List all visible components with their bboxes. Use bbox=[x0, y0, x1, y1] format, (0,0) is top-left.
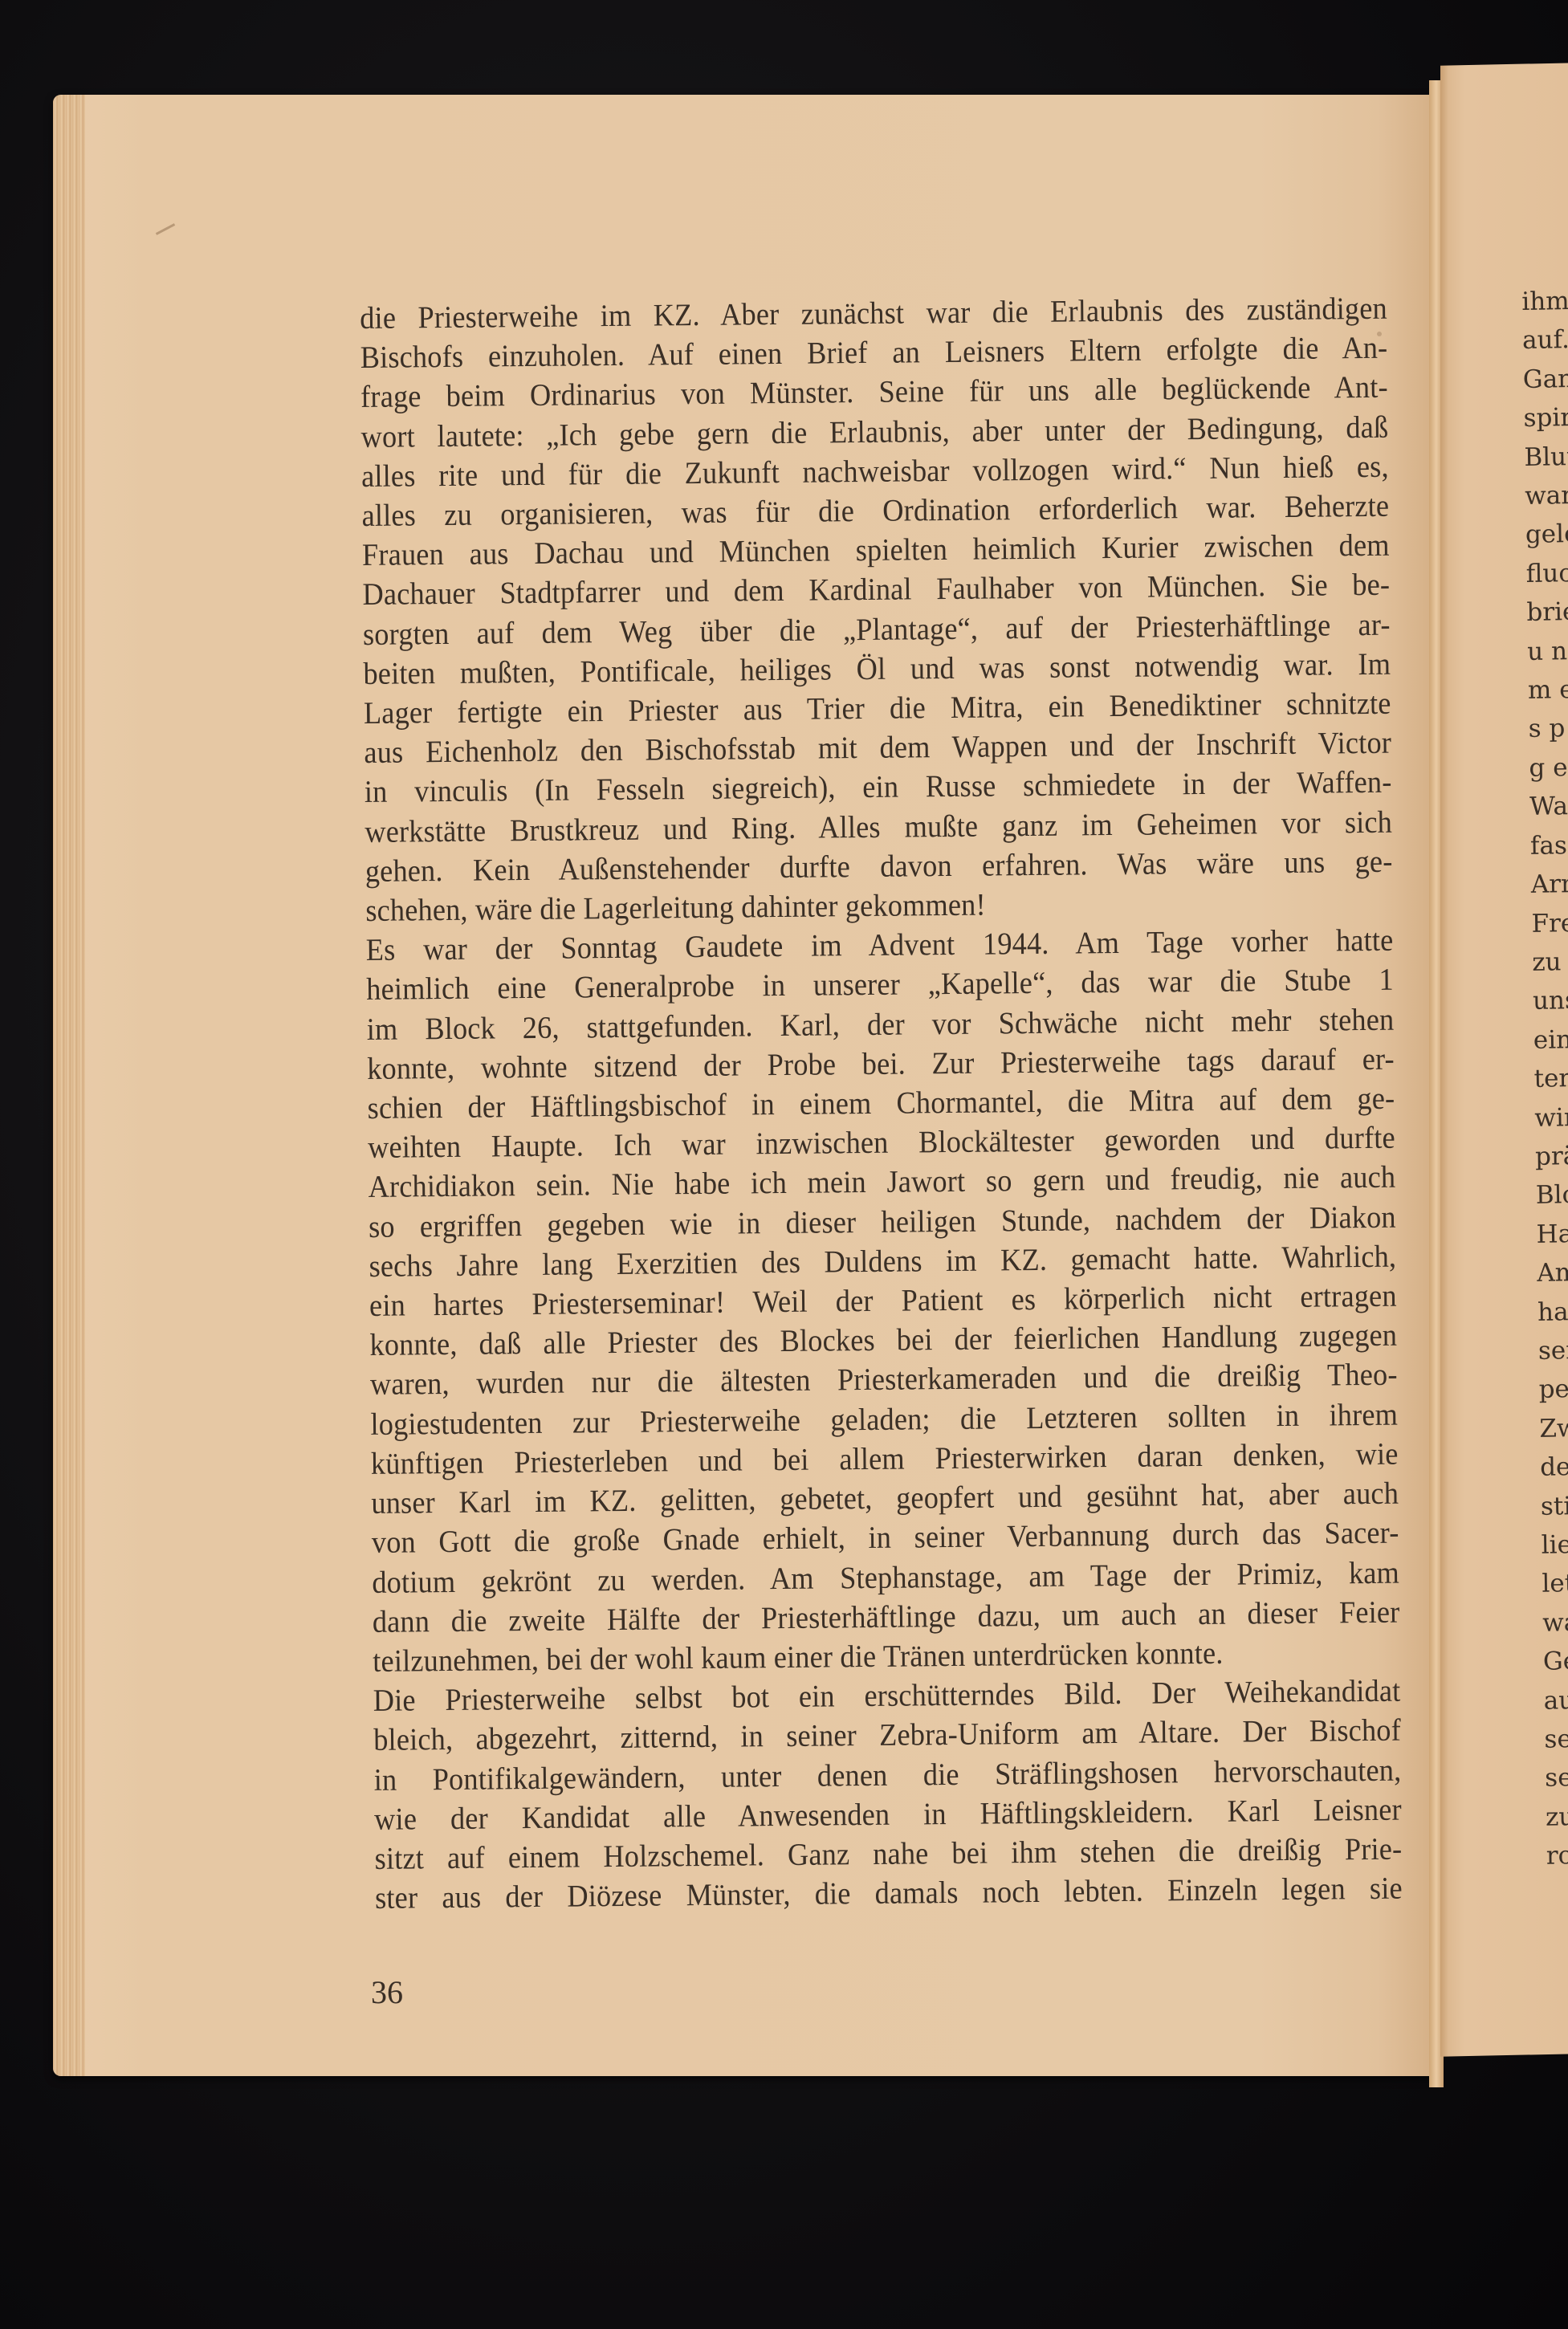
text-line: Freu bbox=[1531, 903, 1568, 943]
text-line: Han bbox=[1536, 1214, 1568, 1254]
text-line: präc bbox=[1535, 1136, 1568, 1176]
text-line: ein I bbox=[1533, 1020, 1568, 1060]
text-line: wach bbox=[1542, 1602, 1568, 1643]
text-line: unse bbox=[1533, 980, 1568, 1020]
text-line: m e r bbox=[1528, 670, 1568, 710]
text-line: ten bbox=[1533, 1058, 1568, 1098]
text-line: ihm n bbox=[1521, 281, 1568, 321]
text-line: s p e bbox=[1528, 709, 1568, 749]
text-line: zur bbox=[1546, 1797, 1568, 1837]
text-line: rote bbox=[1546, 1835, 1568, 1875]
text-line: Bloc bbox=[1535, 1175, 1568, 1215]
text-line: Ges bbox=[1543, 1641, 1568, 1681]
body-text: die Priesterweihe im KZ. Aber zunächst w… bbox=[360, 289, 1403, 1919]
page-number: 36 bbox=[371, 1973, 403, 2011]
text-line: liefe bbox=[1541, 1525, 1568, 1565]
text-line: Zwa bbox=[1539, 1408, 1568, 1448]
text-line: letzt bbox=[1542, 1563, 1568, 1603]
text-line: fasse bbox=[1530, 825, 1568, 865]
text-line: Was bbox=[1529, 786, 1568, 826]
text-line: Arm bbox=[1530, 864, 1568, 904]
text-line: still bbox=[1541, 1486, 1568, 1526]
text-line: perl bbox=[1538, 1369, 1568, 1409]
text-line: aus. bbox=[1543, 1680, 1568, 1720]
text-line: dem bbox=[1540, 1447, 1568, 1487]
text-line: wirk bbox=[1534, 1097, 1568, 1138]
text-line: g e w bbox=[1529, 747, 1568, 788]
text-line: spirit bbox=[1523, 397, 1568, 438]
text-line: hat bbox=[1537, 1292, 1568, 1332]
text-line: auf. bbox=[1522, 320, 1568, 360]
text-line: zu sa bbox=[1532, 942, 1568, 982]
paper-blemish bbox=[1377, 332, 1382, 336]
text-line: sein bbox=[1538, 1330, 1568, 1370]
page-edges bbox=[53, 95, 85, 2076]
text-line: sein bbox=[1544, 1719, 1568, 1759]
text-line: brief bbox=[1526, 592, 1568, 632]
text-line: Ganz bbox=[1523, 359, 1568, 399]
text-line: flucht bbox=[1525, 553, 1568, 593]
text-line: geleg bbox=[1525, 515, 1568, 555]
text-line: u n s bbox=[1527, 631, 1568, 671]
text-line: Am bbox=[1537, 1252, 1568, 1293]
text-line: Blutt bbox=[1524, 437, 1568, 477]
text-line: sein bbox=[1545, 1757, 1568, 1798]
text-line: waren bbox=[1525, 475, 1568, 515]
